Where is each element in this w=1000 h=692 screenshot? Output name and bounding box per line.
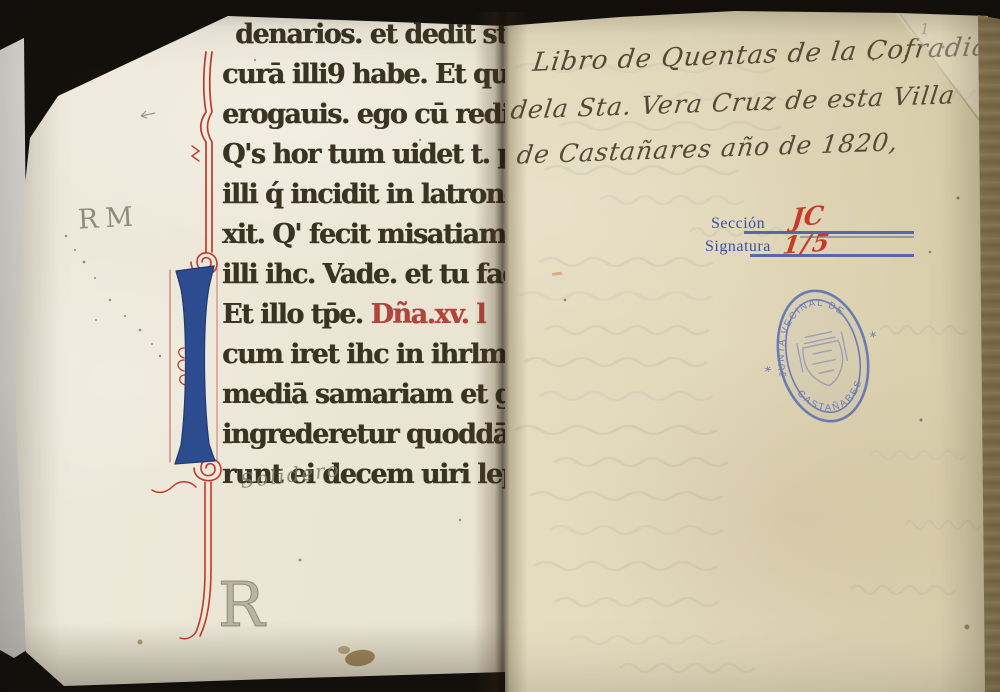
title-inscription-line: Libro de Quentas de la Cofradia <box>531 32 990 78</box>
stamp-crest <box>796 330 852 390</box>
stamp-top-text: JUNTA VECINAL DE <box>764 292 858 378</box>
latin-text: illi ihc. Vade. et tu fac <box>222 259 517 290</box>
foxing-specks <box>564 46 970 630</box>
latin-text: Q's hor tum uidet t. p <box>222 139 515 170</box>
latin-text: Et illo tp̄e. <box>222 299 370 330</box>
section-rule-secondary <box>800 236 914 238</box>
oval-ink-stamp: JUNTA VECINAL DE CASTAÑARES * * <box>751 280 893 433</box>
folio-number: 1 <box>919 19 931 38</box>
rubric-text: Dña.xv. l <box>370 299 485 330</box>
title-inscription-line: de Castañares año de 1820, <box>515 127 900 169</box>
manuscript-scan: denarios. et dedit stabu curā illi9 habe… <box>0 0 1000 692</box>
margin-mark-rm: RM <box>77 201 141 235</box>
title-inscription-line: dela Sta. Vera Cruz de esta Villa <box>509 80 957 124</box>
svg-text:JUNTA VECINAL DE: JUNTA VECINAL DE <box>764 292 858 378</box>
signature-value: 1/5 <box>781 227 833 260</box>
stamp-bottom-text: CASTAÑARES <box>794 375 871 420</box>
pencil-letter-r: R <box>218 568 265 641</box>
signature-rule <box>750 254 914 257</box>
svg-text:CASTAÑARES: CASTAÑARES <box>794 375 871 420</box>
signature-label: Signatura <box>705 238 771 256</box>
illuminated-initial-glyph <box>175 266 215 464</box>
stamp-star-left-icon: * <box>764 364 774 380</box>
section-label: Sección <box>711 215 765 233</box>
gutter-shadow <box>474 12 528 692</box>
pencil-note-solidero: Solidero <box>239 457 342 493</box>
stamp-star-right-icon: * <box>869 329 879 345</box>
section-rule <box>744 231 914 234</box>
show-through-writing <box>515 64 987 672</box>
pencil-arrow-mark <box>141 111 155 118</box>
foxing-specks <box>65 59 461 561</box>
faint-red-mark <box>552 272 562 276</box>
section-value: JC <box>791 200 826 233</box>
fold-crease-line <box>900 14 985 128</box>
penwork-flourish <box>152 52 221 639</box>
stain <box>138 640 376 669</box>
